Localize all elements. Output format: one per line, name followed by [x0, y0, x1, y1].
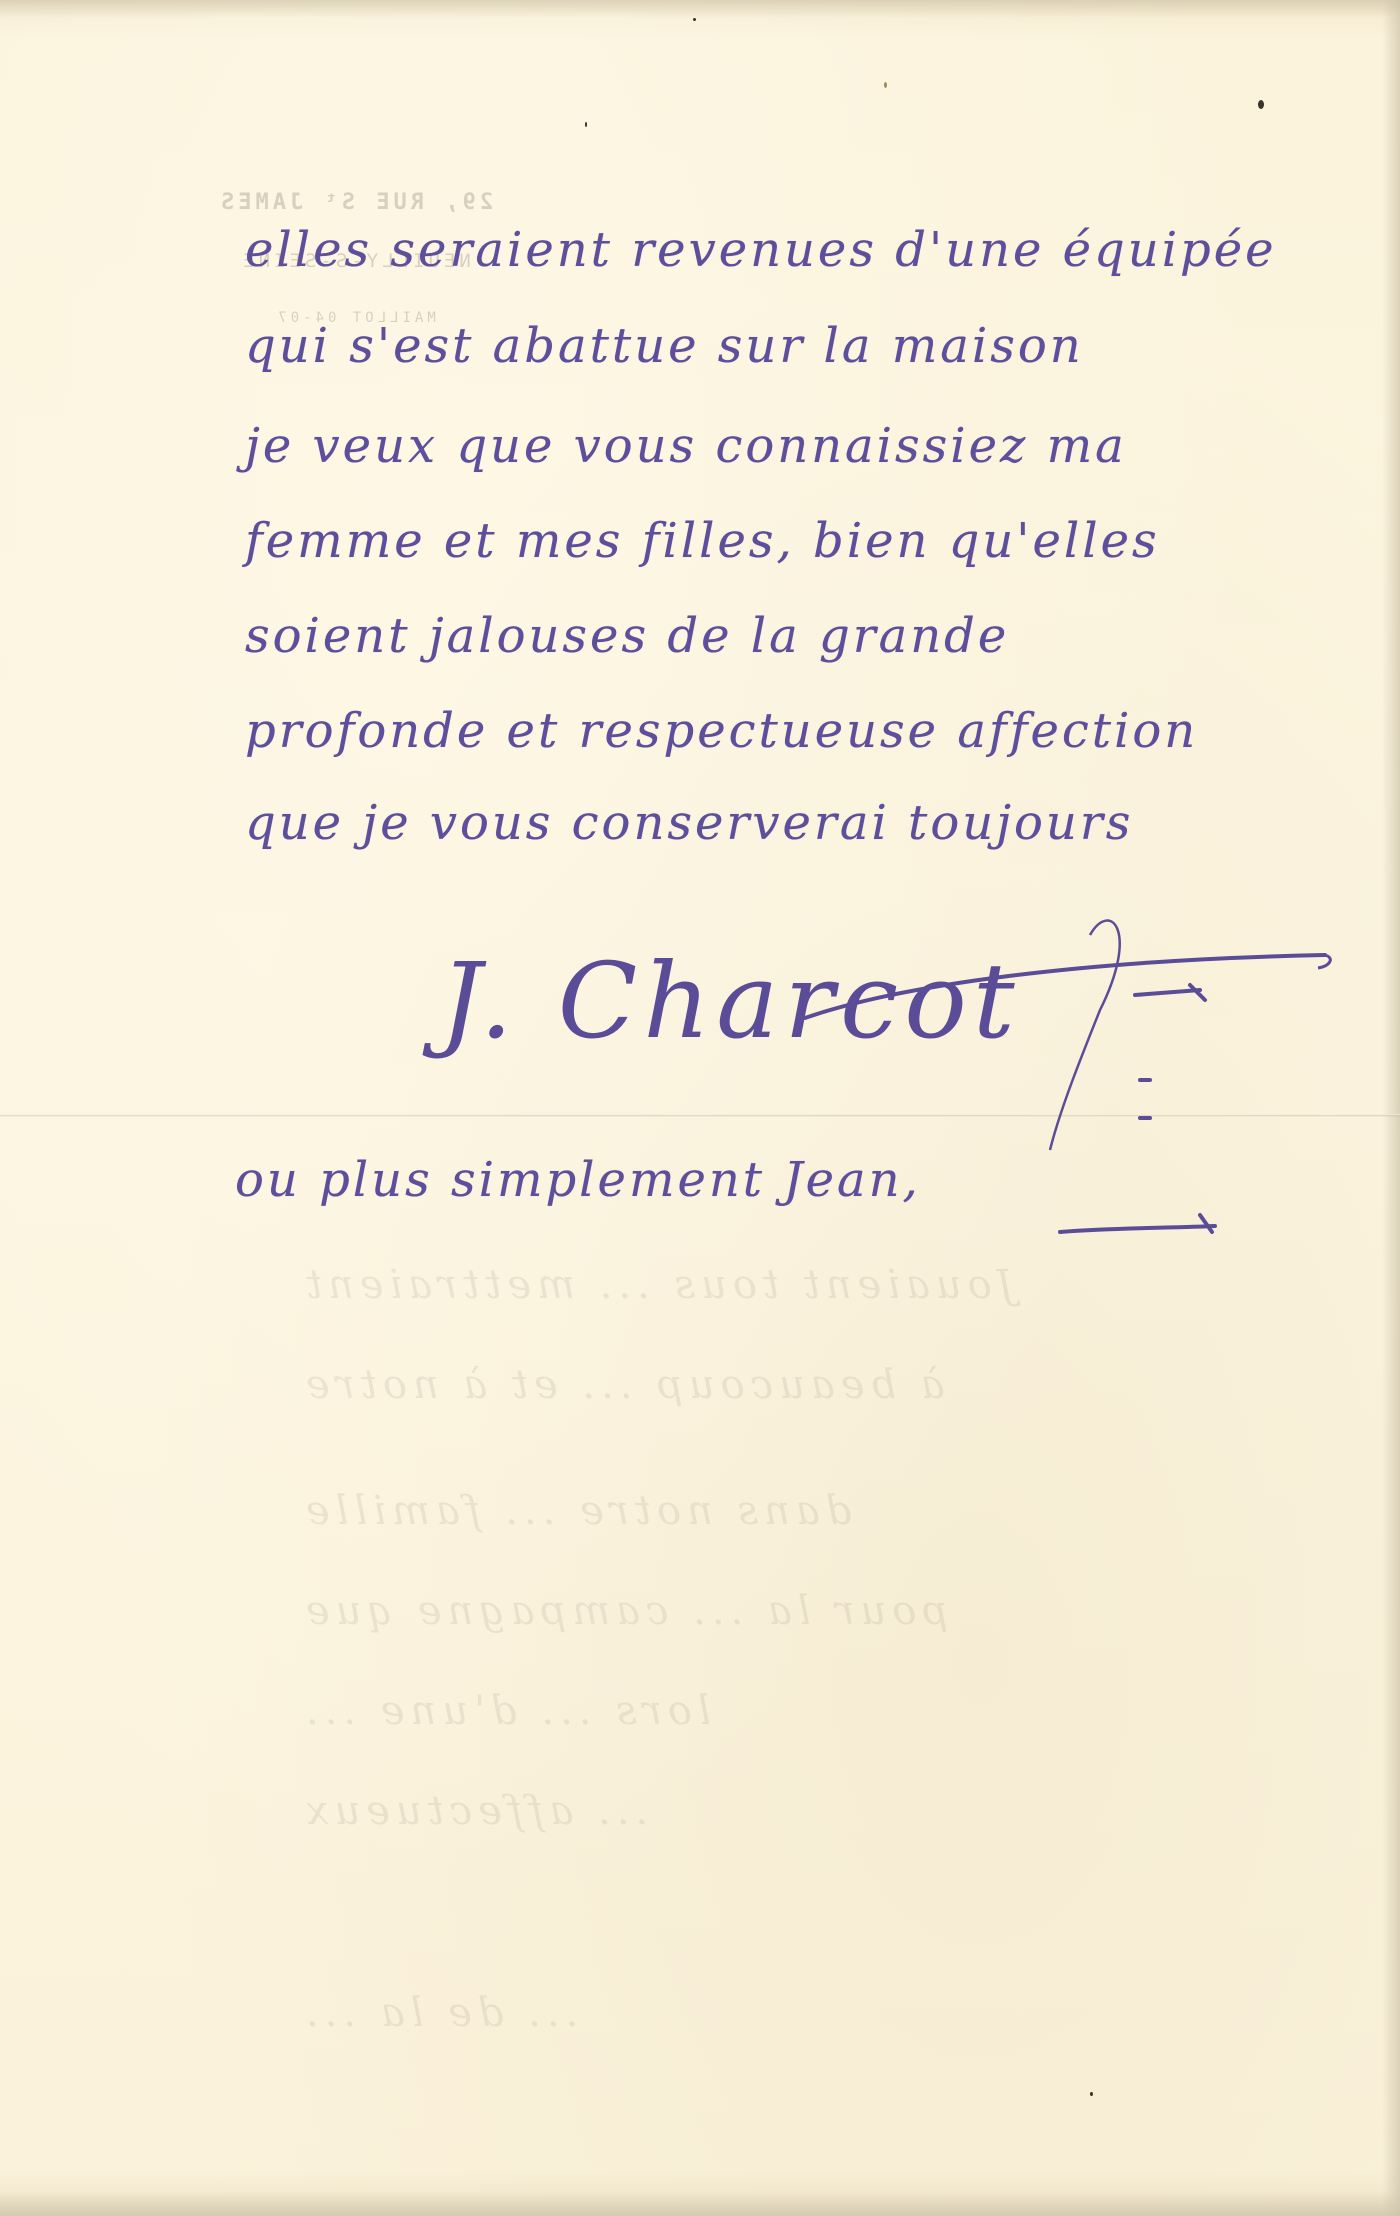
- signature: J. Charcot: [440, 940, 1021, 1062]
- postscript-line: ou plus simplement Jean,: [235, 1152, 921, 1208]
- signature-flourish: [0, 0, 1400, 1260]
- bleed-through-line: pour la ... campagne que: [300, 1588, 948, 1634]
- bleed-through-line: Jouaient tous ... mettraient: [300, 1262, 1014, 1308]
- bleed-through-line: dans notre ... famille: [300, 1488, 851, 1534]
- paper-bottom-edge: [0, 2192, 1400, 2216]
- bleed-through-line: à beaucoup ... et à notre: [300, 1362, 945, 1408]
- bleed-through-line: ... de la ...: [300, 1990, 578, 2036]
- bleed-through-line: lors ... d'une ...: [300, 1688, 711, 1734]
- ink-speck: [1090, 2092, 1093, 2096]
- bleed-through-line: ... affectueux: [300, 1788, 648, 1834]
- letter-page: 29, RUE Sᵗ JAMES NEUILLY-S-SEINE MAILLOT…: [0, 0, 1400, 2216]
